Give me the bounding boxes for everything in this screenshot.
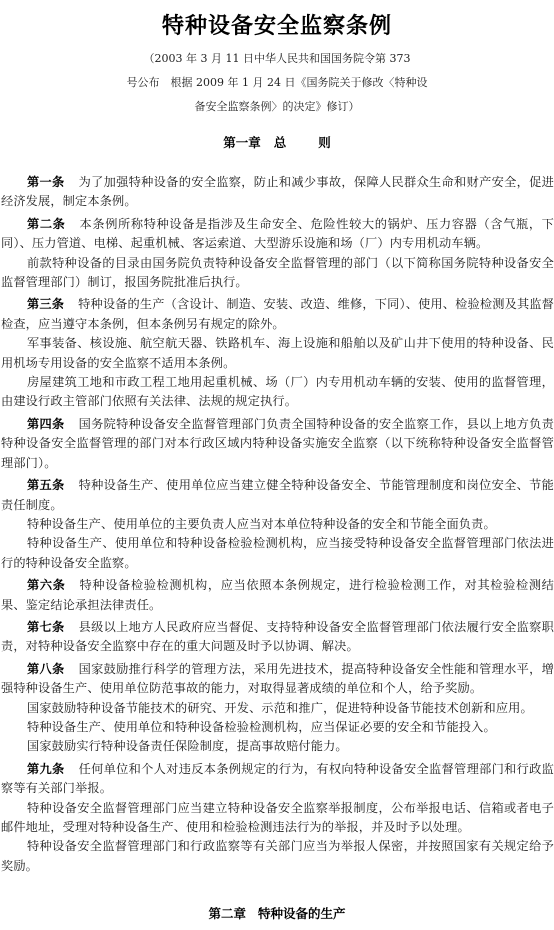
article-number: 第六条 [27,578,66,592]
article-text: 国家鼓励推行科学的管理方法，采用先进技术，提高特种设备安全性能和管理水平，增强特… [1,662,554,695]
article-number: 第五条 [27,478,65,492]
article-text: 国务院特种设备安全监督管理部门负责全国特种设备的安全监察工作，县以上地方负责特种… [1,417,554,470]
chapter-heading-2: 第二章特种设备的生产 [0,904,554,924]
subtitle-line: 备安全监察条例〉的决定》修订） [0,95,554,119]
article-paragraph: 第四条国务院特种设备安全监督管理部门负责全国特种设备的安全监察工作，县以上地方负… [0,415,554,473]
article-paragraph: 特种设备生产、使用单位和特种设备检验检测机构，应当保证必要的安全和节能投入。 [0,718,554,737]
article-text: 国家鼓励实行特种设备责任保险制度，提高事故赔付能力。 [27,739,348,753]
subtitle-line: 号公布 根据 2009 年 1 月 24 日《国务院关于修改〈特种设 [0,71,554,95]
article-paragraph: 特种设备安全监督管理部门应当建立特种设备安全监察举报制度，公布举报电话、信箱或者… [0,799,554,838]
chapter-name-part: 总 [274,135,287,150]
chapter-heading-1: 第一章 总则 [0,133,554,153]
article-text: 县级以上地方人民政府应当督促、支持特种设备安全监督管理部门依法履行安全监察职责，… [1,620,554,653]
document-page: 特种设备安全监察条例 （2003 年 3 月 11 日中华人民共和国国务院令第 … [0,0,554,924]
article-text: 特种设备生产、使用单位和特种设备检验检测机构，应当保证必要的安全和节能投入。 [27,720,496,734]
article-number: 第八条 [27,662,65,676]
document-title: 特种设备安全监察条例 [0,0,554,42]
article-paragraph: 国家鼓励特种设备节能技术的研究、开发、示范和推广，促进特种设备节能技术创新和应用… [0,699,554,718]
article-text: 特种设备安全监督管理部门和行政监察等有关部门应当为举报人保密，并按照国家有关规定… [1,839,554,872]
article-text: 特种设备生产、使用单位和特种设备检验检测机构，应当接受特种设备安全监督管理部门依… [1,536,554,569]
article-text: 特种设备生产、使用单位的主要负责人应当对本单位特种设备的安全和节能全面负责。 [27,517,496,531]
article-number: 第一条 [27,175,65,189]
article-paragraph: 第二条本条例所称特种设备是指涉及生命安全、危险性较大的锅炉、压力容器（含气瓶，下… [0,215,554,254]
article-number: 第四条 [27,417,65,431]
article-number: 第三条 [27,297,64,311]
article-paragraph: 第五条特种设备生产、使用单位应当建立健全特种设备安全、节能管理制度和岗位安全、节… [0,476,554,515]
article-paragraph: 特种设备生产、使用单位的主要负责人应当对本单位特种设备的安全和节能全面负责。 [0,515,554,534]
article-paragraph: 国家鼓励实行特种设备责任保险制度，提高事故赔付能力。 [0,737,554,756]
article-number: 第二条 [27,217,66,231]
article-paragraph: 第九条任何单位和个人对违反本条例规定的行为，有权向特种设备安全监督管理部门和行政… [0,760,554,799]
article-text: 房屋建筑工地和市政工程工地用起重机械、场（厂）内专用机动车辆的安装、使用的监督管… [1,375,554,408]
article-paragraph: 第一条为了加强特种设备的安全监察，防止和减少事故，保障人民群众生命和财产安全，促… [0,173,554,212]
article-text: 国家鼓励特种设备节能技术的研究、开发、示范和推广，促进特种设备节能技术创新和应用… [27,701,533,715]
article-paragraph: 第八条国家鼓励推行科学的管理方法，采用先进技术，提高特种设备安全性能和管理水平，… [0,660,554,699]
article-text: 前款特种设备的目录由国务院负责特种设备安全监督管理的部门（以下简称国务院特种设备… [1,256,554,289]
article-text: 军事装备、核设施、航空航天器、铁路机车、海上设施和船舶以及矿山井下使用的特种设备… [1,336,554,369]
article-paragraph: 军事装备、核设施、航空航天器、铁路机车、海上设施和船舶以及矿山井下使用的特种设备… [0,334,554,373]
article-list: 第一条为了加强特种设备的安全监察，防止和减少事故，保障人民群众生命和财产安全，促… [0,173,554,876]
article-number: 第九条 [27,762,65,776]
article-text: 特种设备的生产（含设计、制造、安装、改造、维修，下同）、使用、检验检测及其监督检… [1,297,554,330]
article-text: 特种设备检验检测机构，应当依照本条例规定，进行检验检测工作，对其检验检测结果、鉴… [1,578,554,611]
article-text: 本条例所称特种设备是指涉及生命安全、危险性较大的锅炉、压力容器（含气瓶，下同）、… [1,217,554,250]
article-paragraph: 前款特种设备的目录由国务院负责特种设备安全监督管理的部门（以下简称国务院特种设备… [0,254,554,293]
chapter-name: 特种设备的生产 [258,906,346,921]
chapter-name-part: 则 [318,135,331,150]
article-paragraph: 特种设备安全监督管理部门和行政监察等有关部门应当为举报人保密，并按照国家有关规定… [0,837,554,876]
document-subtitle: （2003 年 3 月 11 日中华人民共和国国务院令第 373 号公布 根据 … [0,47,554,119]
subtitle-line: （2003 年 3 月 11 日中华人民共和国国务院令第 373 [0,47,554,71]
article-text: 特种设备安全监督管理部门应当建立特种设备安全监察举报制度，公布举报电话、信箱或者… [1,801,554,834]
article-text: 为了加强特种设备的安全监察，防止和减少事故，保障人民群众生命和财产安全，促进经济… [1,175,554,208]
article-paragraph: 第三条特种设备的生产（含设计、制造、安装、改造、维修，下同）、使用、检验检测及其… [0,295,554,334]
chapter-number: 第二章 [208,906,246,921]
article-paragraph: 第七条县级以上地方人民政府应当督促、支持特种设备安全监督管理部门依法履行安全监察… [0,618,554,657]
article-text: 任何单位和个人对违反本条例规定的行为，有权向特种设备安全监督管理部门和行政监察等… [1,762,554,795]
article-paragraph: 特种设备生产、使用单位和特种设备检验检测机构，应当接受特种设备安全监督管理部门依… [0,534,554,573]
chapter-number: 第一章 [223,135,261,150]
article-number: 第七条 [27,620,65,634]
article-paragraph: 第六条特种设备检验检测机构，应当依照本条例规定，进行检验检测工作，对其检验检测结… [0,576,554,615]
article-text: 特种设备生产、使用单位应当建立健全特种设备安全、节能管理制度和岗位安全、节能责任… [1,478,554,511]
article-paragraph: 房屋建筑工地和市政工程工地用起重机械、场（厂）内专用机动车辆的安装、使用的监督管… [0,373,554,412]
